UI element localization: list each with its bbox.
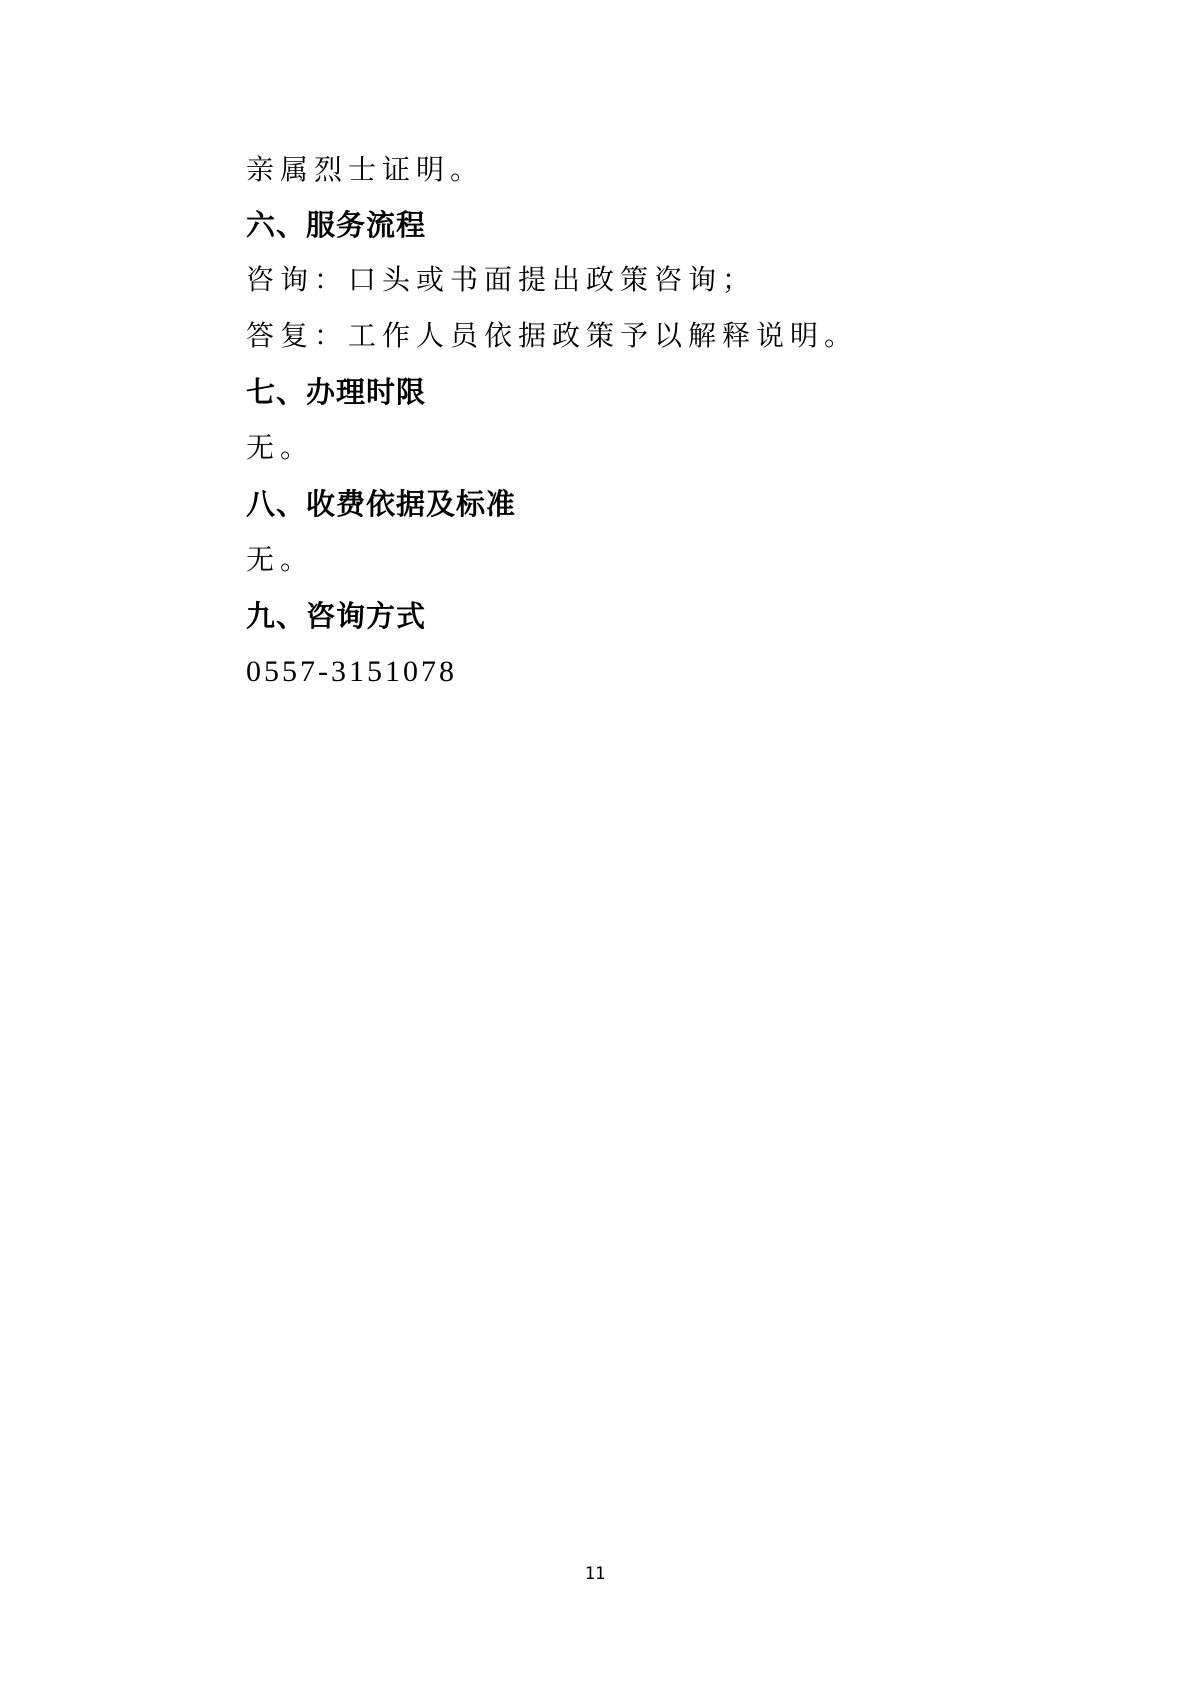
section-heading-processing-time: 七、办理时限 (246, 378, 426, 407)
section-heading-contact-method: 九、咨询方式 (246, 602, 426, 631)
body-line-processing-time-value: 无。 (246, 434, 314, 462)
body-line-martyr-certificate: 亲属烈士证明。 (246, 156, 484, 184)
body-line-fee-basis-value: 无。 (246, 546, 314, 574)
section-heading-fee-basis: 八、收费依据及标准 (246, 490, 516, 519)
body-line-consultation: 咨询：口头或书面提出政策咨询； (246, 266, 756, 294)
document-page: 亲属烈士证明。 六、服务流程 咨询：口头或书面提出政策咨询； 答复：工作人员依据… (0, 0, 1190, 1683)
contact-phone-number: 0557-3151078 (246, 657, 457, 687)
section-heading-service-process: 六、服务流程 (246, 211, 426, 240)
page-number: 11 (0, 1564, 1190, 1584)
body-line-reply: 答复：工作人员依据政策予以解释说明。 (246, 322, 858, 350)
